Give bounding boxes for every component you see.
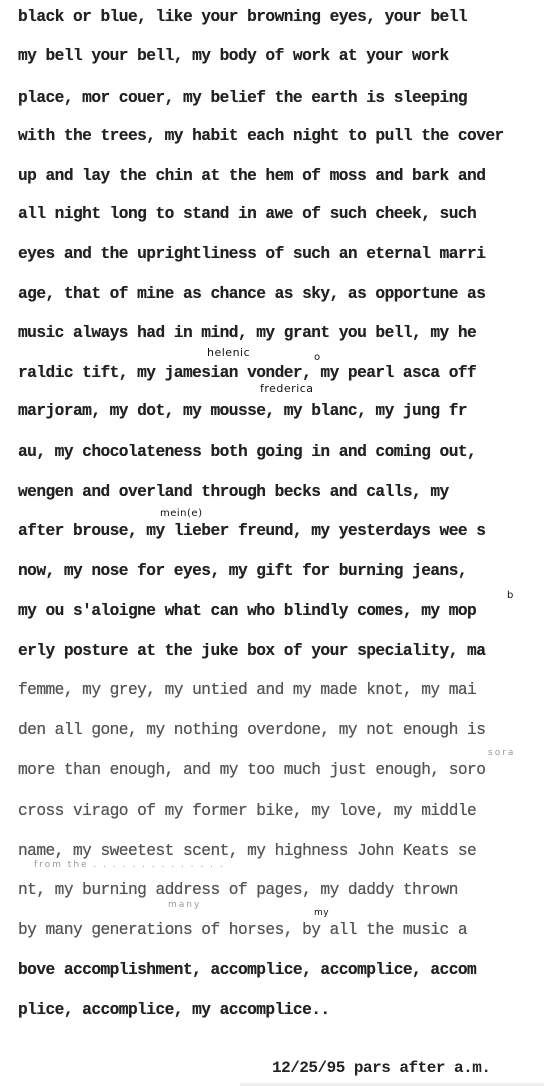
text-line: my bell your bell, my body of work at yo… [18,46,449,66]
text-line: place, mor couer, my belief the earth is… [18,88,467,108]
annotation-from-the: from the . . . . . . . . . . . . . . [34,860,225,870]
annotation-vonder-o: o [314,352,321,363]
text-line: den all gone, my nothing overdone, my no… [18,720,485,740]
text-line: bove accomplishment, accomplice, accompl… [18,960,476,980]
annotation-mop-b: b [507,590,514,601]
text-line: erly posture at the juke box of your spe… [18,641,485,661]
text-line: now, my nose for eyes, my gift for burni… [18,561,467,581]
text-line: marjoram, my dot, my mousse, my blanc, m… [18,401,467,421]
text-line: music always had in mind, my grant you b… [18,323,476,343]
text-line: raldic tift, my jamesian vonder, my pear… [18,363,476,383]
annotation-sora: sora [488,748,515,758]
text-line: wengen and overland through becks and ca… [18,482,449,502]
annotation-helenic: helenic [207,346,250,359]
annotation-my: my [314,908,329,918]
date-line: 12/25/95 pars after a.m. [272,1059,490,1077]
text-line: nt, my burning address of pages, my dadd… [18,880,458,900]
text-line: up and lay the chin at the hem of moss a… [18,166,485,186]
text-line: all night long to stand in awe of such c… [18,204,476,224]
text-line: age, that of mine as chance as sky, as o… [18,284,485,304]
text-line: name, my sweetest scent, my highness Joh… [18,841,476,861]
text-line: with the trees, my habit each night to p… [18,126,504,146]
text-line: more than enough, and my too much just e… [18,760,485,780]
annotation-frederica: frederica [260,382,314,395]
text-line: by many generations of horses, by all th… [18,920,467,940]
typewritten-page: black or blue, like your browning eyes, … [0,0,544,1086]
text-line: my ou s'aloigne what can who blindly com… [18,601,476,621]
text-line: plice, accomplice, my accomplice.. [18,1000,330,1020]
text-line: cross virago of my former bike, my love,… [18,801,476,821]
text-line: au, my chocolateness both going in and c… [18,442,476,462]
annotation-many: many [168,900,201,910]
text-line: after brouse, my lieber freund, my yeste… [18,521,485,541]
text-line: black or blue, like your browning eyes, … [18,7,467,27]
text-line: femme, my grey, my untied and my made kn… [18,680,476,700]
text-line: eyes and the uprightliness of such an et… [18,244,485,264]
annotation-mein: mein(e) [160,508,202,519]
